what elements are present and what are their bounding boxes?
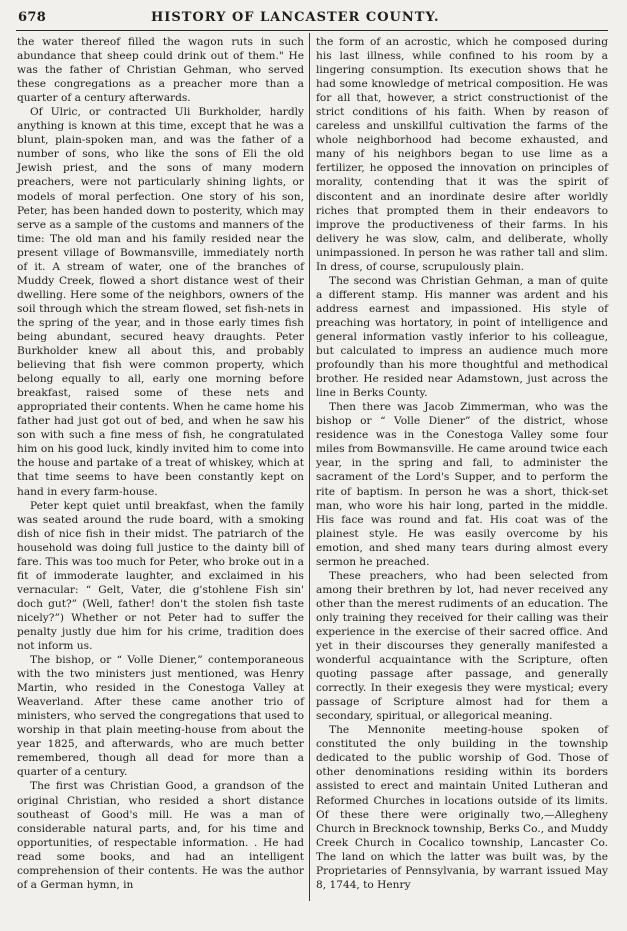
page-header: 678 HISTORY OF LANCASTER COUNTY. — [16, 7, 609, 29]
paragraph: The bishop, or “ Volle Diener,” contempo… — [17, 653, 304, 779]
paragraph: Of Ulric, or contracted Uli Burkholder, … — [17, 105, 304, 498]
paragraph: Then there was Jacob Zimmerman, who was … — [316, 400, 608, 569]
page-number: 678 — [18, 10, 46, 25]
paragraph: The first was Christian Good, a grandson… — [17, 779, 304, 891]
running-title: HISTORY OF LANCASTER COUNTY. — [151, 10, 440, 25]
paragraph: The Mennonite meeting-house spoken of co… — [316, 723, 608, 892]
paragraph: The second was Christian Gehman, a man o… — [316, 274, 608, 400]
paragraph: the form of an acrostic, which he compos… — [316, 35, 608, 274]
paragraph: the water thereof filled the wagon ruts … — [17, 35, 304, 105]
paragraph: These preachers, who had been selected f… — [316, 569, 608, 724]
paragraph: Peter kept quiet until breakfast, when t… — [17, 499, 304, 654]
right-column: the form of an acrostic, which he compos… — [316, 35, 608, 892]
left-column: the water thereof filled the wagon ruts … — [17, 35, 304, 892]
header-rule — [16, 30, 608, 31]
column-divider — [309, 33, 310, 901]
